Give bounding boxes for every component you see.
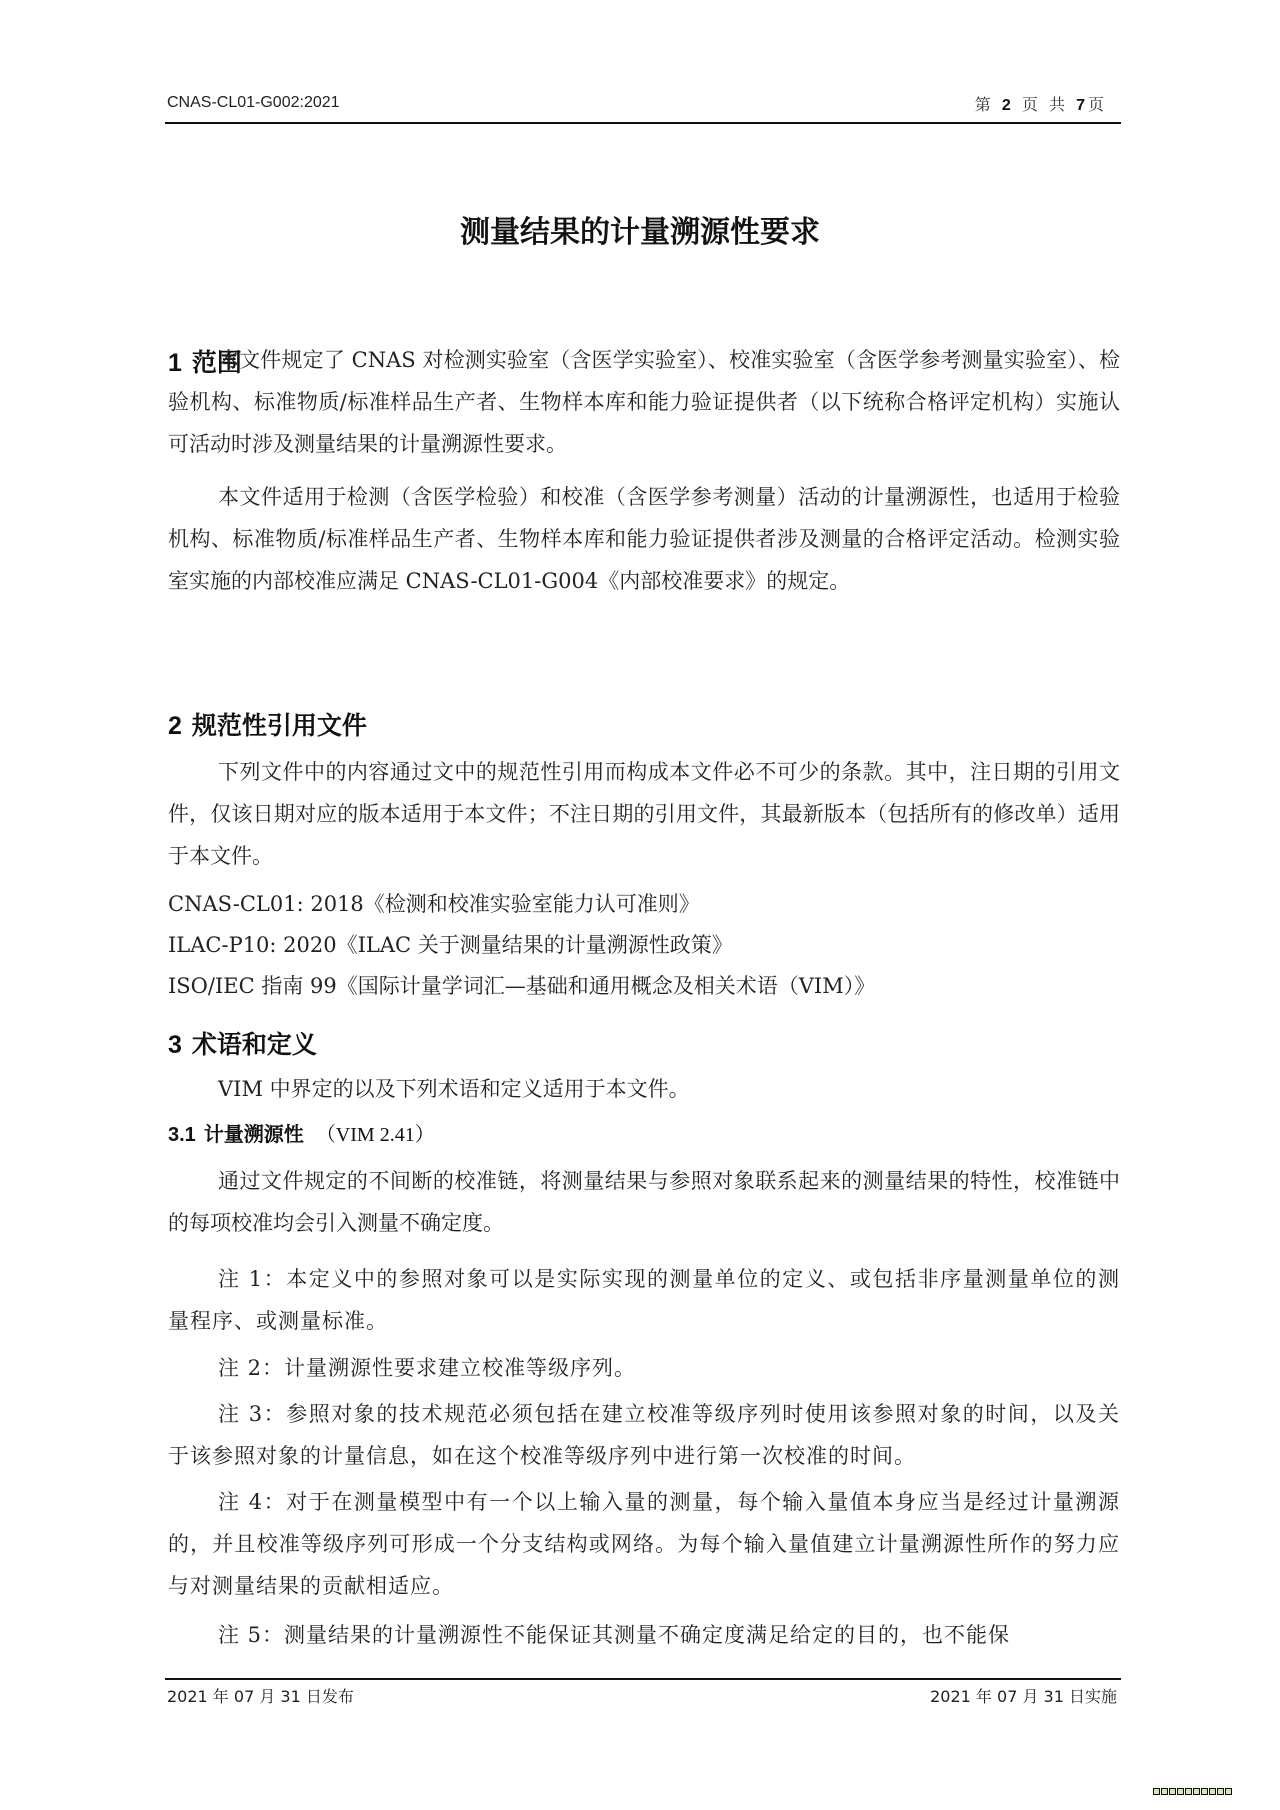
page-mid: 页 共 <box>1022 95 1068 114</box>
terms-intro-paragraph: VIM 中界定的以及下列术语和定义适用于本文件。 <box>168 1068 1120 1110</box>
scope-paragraph-1: 本文件规定了 CNAS 对检测实验室（含医学实验室）、校准实验室（含医学参考测量… <box>168 339 1120 465</box>
page-suffix: 页 <box>1088 95 1107 114</box>
note-2: 注 2：计量溯源性要求建立校准等级序列。 <box>168 1347 1120 1389</box>
section-number: 2 <box>168 712 182 740</box>
section-title: 术语和定义 <box>192 1030 317 1059</box>
subsection-number: 3.1 <box>168 1124 196 1146</box>
note-5: 注 5：测量结果的计量溯源性不能保证其测量不确定度满足给定的目的，也不能保 <box>168 1614 1120 1656</box>
effective-date: 2021 年 07 月 31 日实施 <box>930 1684 1117 1707</box>
reference-item: ILAC-P10: 2020《ILAC 关于测量结果的计量溯源性政策》 <box>168 929 733 959</box>
document-page: CNAS-CL01-G002:2021 第 2 页 共 7页 测量结果的计量溯源… <box>0 0 1280 1810</box>
references-intro-paragraph: 下列文件中的内容通过文中的规范性引用而构成本文件必不可少的条款。其中，注日期的引… <box>168 751 1120 877</box>
note-1: 注 1：本定义中的参照对象可以是实际实现的测量单位的定义、或包括非序量测量单位的… <box>168 1258 1120 1342</box>
scan-corner-marks <box>1153 1788 1232 1795</box>
section-number: 3 <box>168 1031 182 1059</box>
total-pages: 7 <box>1076 97 1088 114</box>
note-4: 注 4：对于在测量模型中有一个以上输入量的测量，每个输入量值本身应当是经过计量溯… <box>168 1481 1120 1607</box>
page-header: CNAS-CL01-G002:2021 第 2 页 共 7页 <box>165 92 1121 124</box>
section-title: 规范性引用文件 <box>192 711 367 740</box>
page-prefix: 第 <box>975 95 994 114</box>
definition-paragraph: 通过文件规定的不间断的校准链，将测量结果与参照对象联系起来的测量结果的特性，校准… <box>168 1160 1120 1244</box>
scope-paragraph-2: 本文件适用于检测（含医学检验）和校准（含医学参考测量）活动的计量溯源性，也适用于… <box>168 476 1120 602</box>
issue-date: 2021 年 07 月 31 日发布 <box>167 1684 354 1707</box>
subsection-heading-3-1: 3.1计量溯源性（VIM 2.41） <box>168 1118 435 1147</box>
note-3: 注 3：参照对象的技术规范必须包括在建立校准等级序列时使用该参照对象的时间，以及… <box>168 1393 1120 1477</box>
vim-reference: （VIM 2.41） <box>316 1124 435 1146</box>
reference-item: CNAS-CL01: 2018《检测和校准实验室能力认可准则》 <box>168 888 700 918</box>
section-heading-2: 2规范性引用文件 <box>168 706 367 742</box>
page-number: 第 2 页 共 7页 <box>975 92 1107 115</box>
document-code: CNAS-CL01-G002:2021 <box>167 94 340 112</box>
subsection-title: 计量溯源性 <box>204 1122 304 1146</box>
current-page: 2 <box>1002 97 1014 114</box>
reference-item: ISO/IEC 指南 99《国际计量学词汇—基础和通用概念及相关术语（VIM）》 <box>168 970 875 1000</box>
section-heading-3: 3术语和定义 <box>168 1025 317 1061</box>
page-footer: 2021 年 07 月 31 日发布 2021 年 07 月 31 日实施 <box>165 1678 1121 1710</box>
document-title: 测量结果的计量溯源性要求 <box>0 207 1280 251</box>
